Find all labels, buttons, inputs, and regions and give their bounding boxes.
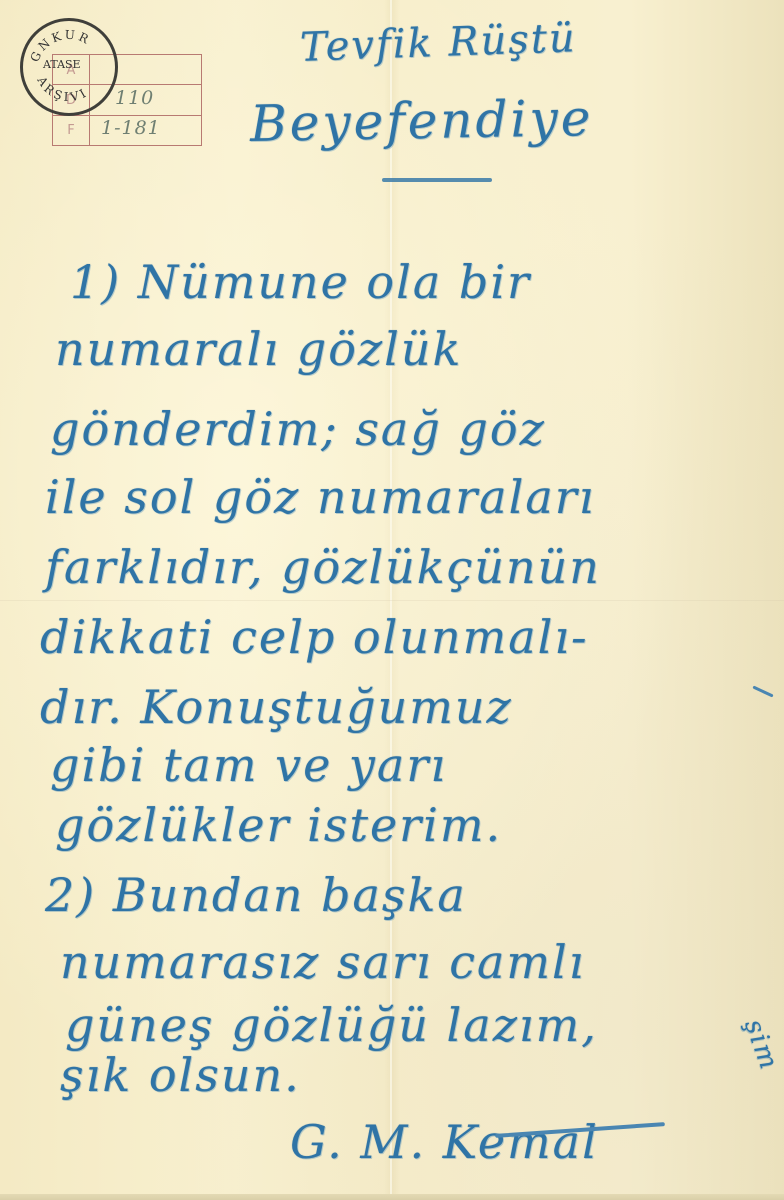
recipient-title: Beyefendiye xyxy=(250,89,594,153)
stamp-label-f: F xyxy=(53,123,89,138)
body-line-7: dır. Konuştuğumuz xyxy=(40,680,513,734)
document-page: A D F 110 1-181 GNKUR ARŞIVI ATASE Tevfi… xyxy=(0,0,784,1200)
paper-bottom-edge xyxy=(0,1194,784,1200)
paper-fold-horizontal xyxy=(0,600,784,601)
body-line-6: dikkati celp olunmalı- xyxy=(40,610,589,664)
body-line-9: gözlükler isterim. xyxy=(55,798,502,852)
heading-underline xyxy=(382,178,492,182)
body-line-11: numarasız sarı camlı xyxy=(60,935,585,989)
recipient-name: Tevfik Rüştü xyxy=(299,15,577,71)
body-line-12: güneş gözlüğü lazım, xyxy=(65,998,598,1052)
body-line-3: gönderdim; sağ göz xyxy=(50,402,546,456)
stamp-value-f: 1-181 xyxy=(101,117,161,139)
svg-text:ARŞIVI: ARŞIVI xyxy=(34,73,91,104)
body-line-10: 2) Bundan başka xyxy=(45,868,467,922)
body-line-5: farklıdır, gözlükçünün xyxy=(45,540,601,594)
margin-note: şim xyxy=(738,1015,784,1074)
archive-seal-stamp: GNKUR ARŞIVI ATASE xyxy=(20,18,118,116)
seal-center-text: ATASE xyxy=(43,58,81,71)
stamp-value-d: 110 xyxy=(115,87,154,109)
seal-bottom-text: ARŞIVI xyxy=(34,73,91,104)
body-line-2: numaralı gözlük xyxy=(55,322,462,376)
body-line-1: 1) Nümune ola bir xyxy=(70,255,531,309)
body-line-8: gibi tam ve yarı xyxy=(50,738,447,792)
margin-dash xyxy=(752,685,773,697)
body-line-13: şık olsun. xyxy=(60,1048,301,1102)
signature: G. M. Kemal xyxy=(290,1115,599,1169)
body-line-4: ile sol göz numaraları xyxy=(45,470,595,524)
